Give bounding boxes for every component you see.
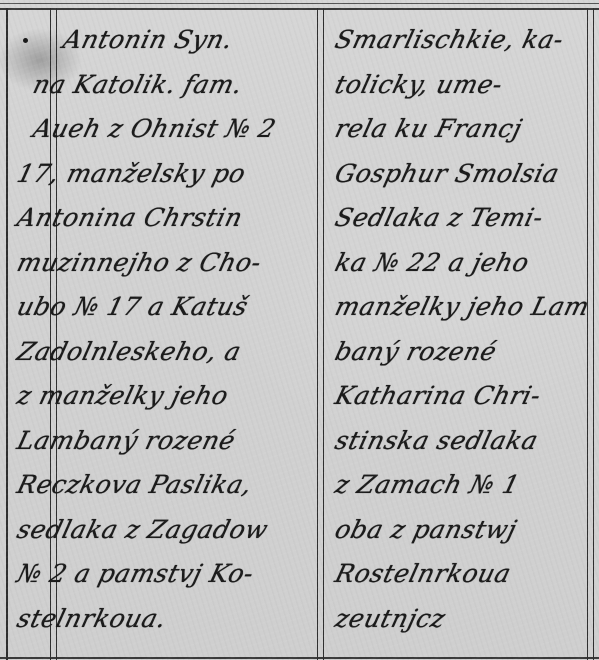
handwritten-line: № 2 a pamstvj Ko-: [8, 552, 329, 597]
handwritten-line: 17, manželsky po: [8, 152, 329, 197]
handwritten-line: baný rozené: [330, 330, 581, 375]
handwritten-line: oba z panstwj: [330, 508, 581, 553]
handwritten-line: z manželky jeho: [8, 374, 329, 419]
handwritten-line: stelnrkoua.: [8, 597, 329, 642]
right-rule-b: [593, 8, 594, 660]
handwritten-line: na Katolik. fam.: [8, 63, 329, 108]
top-rule: [0, 8, 599, 10]
handwritten-line: Antonin Syn.: [8, 18, 329, 63]
handwritten-line: muzinnejho z Cho-: [8, 241, 329, 286]
handwritten-line: Aueh z Ohnist № 2: [8, 107, 329, 152]
handwritten-line: sedlaka z Zagadow: [8, 508, 329, 553]
handwritten-line: manželky jeho Lam: [330, 285, 581, 330]
handwritten-line: stinska sedlaka: [330, 419, 581, 464]
handwritten-line: Rostelnrkoua: [330, 552, 581, 597]
right-text-column: Smarlischkie, ka- tolicky, ume- rela ku …: [330, 18, 570, 641]
handwritten-line: Smarlischkie, ka-: [330, 18, 581, 63]
handwritten-line: zeutnjcz: [330, 597, 581, 642]
handwritten-line: ubo № 17 a Katuš: [8, 285, 329, 330]
handwritten-line: Antonina Chrstin: [8, 196, 329, 241]
handwritten-line: rela ku Francj: [330, 107, 581, 152]
handwritten-line: Zadolnleskeho, a: [8, 330, 329, 375]
left-text-column: Antonin Syn. na Katolik. fam. Aueh z Ohn…: [8, 18, 318, 641]
top-rule-thin: [0, 3, 599, 4]
handwritten-line: Sedlaka z Temi-: [330, 196, 581, 241]
handwritten-line: Gosphur Smolsia: [330, 152, 581, 197]
handwritten-line: Reczkova Paslika,: [8, 463, 329, 508]
register-page: Antonin Syn. na Katolik. fam. Aueh z Ohn…: [0, 0, 599, 660]
bottom-rule: [0, 657, 599, 659]
right-rule-a: [587, 8, 588, 660]
handwritten-line: Katharina Chri-: [330, 374, 581, 419]
handwritten-line: tolicky, ume-: [330, 63, 581, 108]
handwritten-line: Lambaný rozené: [8, 419, 329, 464]
handwritten-line: ka № 22 a jeho: [330, 241, 581, 286]
handwritten-line: z Zamach № 1: [330, 463, 581, 508]
